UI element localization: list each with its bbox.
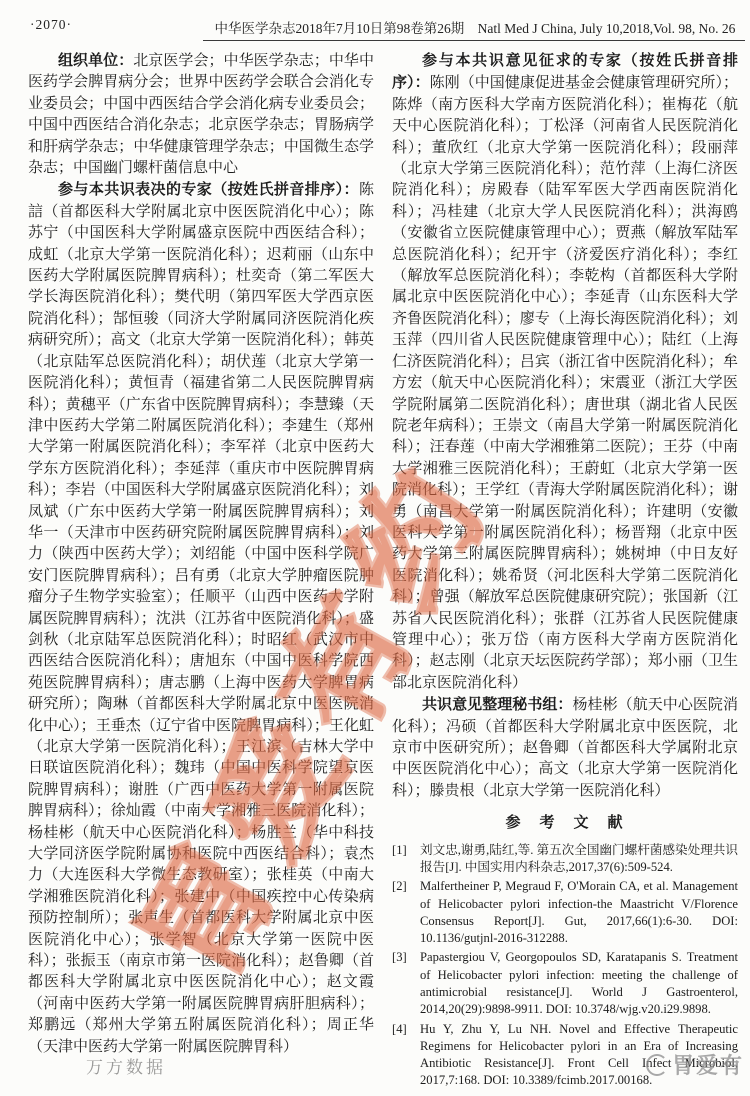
journal-title-line: 中华医学杂志2018年7月10日第98卷第26期 Natl Med J Chin…: [205, 17, 745, 37]
reference-label: [2]: [392, 878, 407, 895]
journal-page: { "header": { "page_number": "·2070·", "…: [0, 0, 750, 1096]
reference-text: 刘文忠,谢勇,陆红,等. 第五次全国幽门螺杆菌感染处理共识报告[J]. 中国实用…: [420, 843, 738, 874]
article-body: 组织单位：北京医学会；中华医学杂志；中华中医药学会脾胃病分会；世界中医药学会联合…: [28, 50, 738, 1090]
journal-title-en: Natl Med J China, July 10,2018,Vol. 98, …: [478, 21, 736, 36]
consulted-experts-text: 陈刚（中国健康促进基金会健康管理研究所）；陈烨（南方医科大学南方医院消化科）；崔…: [392, 75, 738, 690]
reference-item: [4]Hu Y, Zhu Y, Lu NH. Novel and Effecti…: [392, 1021, 738, 1090]
references-heading: 参 考 文 献: [392, 812, 738, 833]
reference-text: Hu Y, Zhu Y, Lu NH. Novel and Effective …: [420, 1022, 738, 1088]
reference-item: [1]刘文忠,谢勇,陆红,等. 第五次全国幽门螺杆菌感染处理共识报告[J]. 中…: [392, 842, 738, 877]
reference-label: [4]: [392, 1021, 407, 1038]
org-units-paragraph: 组织单位：北京医学会；中华医学杂志；中华中医药学会脾胃病分会；世界中医药学会联合…: [28, 50, 374, 179]
voting-experts-text: 陈誩（首都医科大学附属北京中医医院消化中心）；陈苏宁（中国医科大学附属盛京医院中…: [28, 182, 374, 1054]
reference-item: [3]Papastergiou V, Georgopoulos SD, Kara…: [392, 949, 738, 1018]
reference-item: [2]Malfertheiner P, Megraud F, O'Morain …: [392, 878, 738, 947]
org-units-lead: 组织单位：: [58, 52, 133, 69]
org-units-text: 北京医学会；中华医学杂志；中华中医药学会脾胃病分会；世界中医药学会联合会消化专业…: [28, 53, 374, 176]
secretary-group-lead: 共识意见整理秘书组：: [422, 696, 573, 713]
voting-experts-paragraph: 参与本共识表决的专家（按姓氏拼音排序）：陈誩（首都医科大学附属北京中医医院消化中…: [28, 179, 374, 1058]
page-number: ·2070·: [30, 17, 72, 33]
reference-text: Malfertheiner P, Megraud F, O'Morain CA,…: [420, 879, 738, 945]
voting-experts-lead: 参与本共识表决的专家（按姓氏拼音排序）：: [58, 181, 359, 198]
journal-title-cn: 中华医学杂志2018年7月10日第98卷第26期: [215, 21, 465, 36]
header-divider: [203, 40, 745, 41]
reference-label: [3]: [392, 949, 407, 966]
reference-text: Papastergiou V, Georgopoulos SD, Karatap…: [420, 950, 738, 1016]
consulted-experts-paragraph: 参与本共识意见征求的专家（按姓氏拼音排序）：陈刚（中国健康促进基金会健康管理研究…: [392, 50, 738, 694]
secretary-group-paragraph: 共识意见整理秘书组：杨桂彬（航天中心医院消化科）；冯硕（首都医科大学附属北京中医…: [392, 694, 738, 802]
page-header: ·2070· 中华医学杂志2018年7月10日第98卷第26期 Natl Med…: [0, 14, 750, 44]
reference-label: [1]: [392, 842, 407, 859]
